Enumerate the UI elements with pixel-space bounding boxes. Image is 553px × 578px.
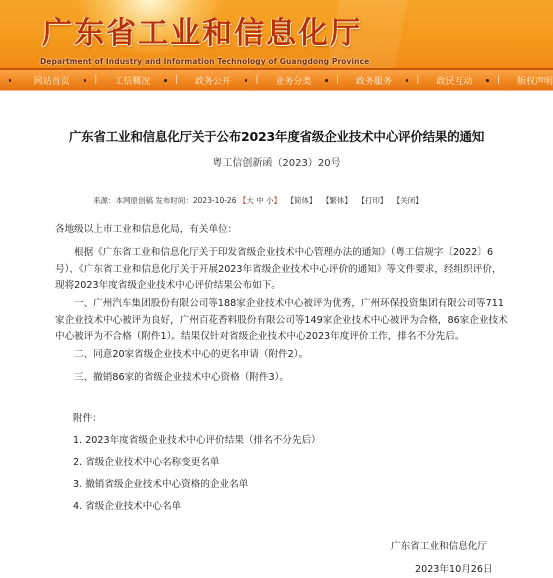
attachment-link[interactable]: 2. 省级企业技术中心名称变更名单 [73, 457, 220, 468]
font-size-medium-button[interactable]: 中 [256, 196, 264, 205]
article-content: 广东省工业和信息化厅关于公布2023年度省级企业技术中心评价结果的通知 粤工信创… [0, 0, 553, 578]
paragraph-intro: 根据《广东省工业和信息化厅关于印发省级企业技术中心管理办法的通知》（粤工信规字〔… [55, 245, 510, 295]
attachment-item[interactable]: 3. 撤销省级企业技术中心资格的企业名单 [73, 477, 528, 494]
attachment-item[interactable]: 4. 省级企业技术中心名单 [73, 499, 528, 516]
font-size-small-button[interactable]: 小 [266, 196, 274, 205]
attachments-label: 附件： [73, 411, 528, 428]
source-label: 来源： [93, 196, 116, 205]
attachment-item[interactable]: 2. 省级企业技术中心名称变更名单 [73, 455, 528, 472]
document-number: 粤工信创新函（2023）20号 [0, 154, 553, 169]
close-button[interactable]: 【关闭】 [393, 196, 423, 205]
paragraph-one: 一、广州汽车集团股份有限公司等188家企业技术中心被评为优秀，广州环保投资集团有… [55, 296, 510, 346]
signature-org: 广东省工业和信息化厅 [391, 538, 487, 552]
attachment-link[interactable]: 4. 省级企业技术中心名单 [73, 501, 181, 512]
print-button[interactable]: 【打印】 [357, 196, 387, 205]
published-label: 发布时间： [155, 196, 193, 205]
article-meta: 来源：本网原创稿 发布时间：2023-10-26 【大 中 小】 【简体】 【繁… [93, 195, 423, 206]
attachment-link[interactable]: 3. 撤销省级企业技术中心资格的企业名单 [73, 479, 248, 490]
attachment-link[interactable]: 1. 2023年度省级企业技术中心评价结果（排名不分先后） [73, 435, 321, 446]
source-value: 本网原创稿 [116, 196, 154, 205]
font-size-bracket: 】 [274, 196, 282, 205]
salutation: 各地级以上市工业和信息化局，有关单位： [55, 222, 510, 239]
published-date: 2023-10-26 [193, 196, 237, 205]
paragraph-three: 三、撤销86家的省级企业技术中心资格（附件3）。 [55, 370, 510, 387]
traditional-chinese-button[interactable]: 【繁体】 [322, 196, 352, 205]
paragraph-two: 二、同意20家省级企业技术中心的更名申请（附件2）。 [55, 347, 510, 364]
simplified-chinese-button[interactable]: 【简体】 [287, 196, 317, 205]
attachment-item[interactable]: 1. 2023年度省级企业技术中心评价结果（排名不分先后） [73, 433, 528, 450]
font-size-large-button[interactable]: 大 [246, 196, 254, 205]
signature-date: 2023年10月26日 [415, 561, 493, 575]
article-title: 广东省工业和信息化厅关于公布2023年度省级企业技术中心评价结果的通知 [0, 127, 553, 145]
